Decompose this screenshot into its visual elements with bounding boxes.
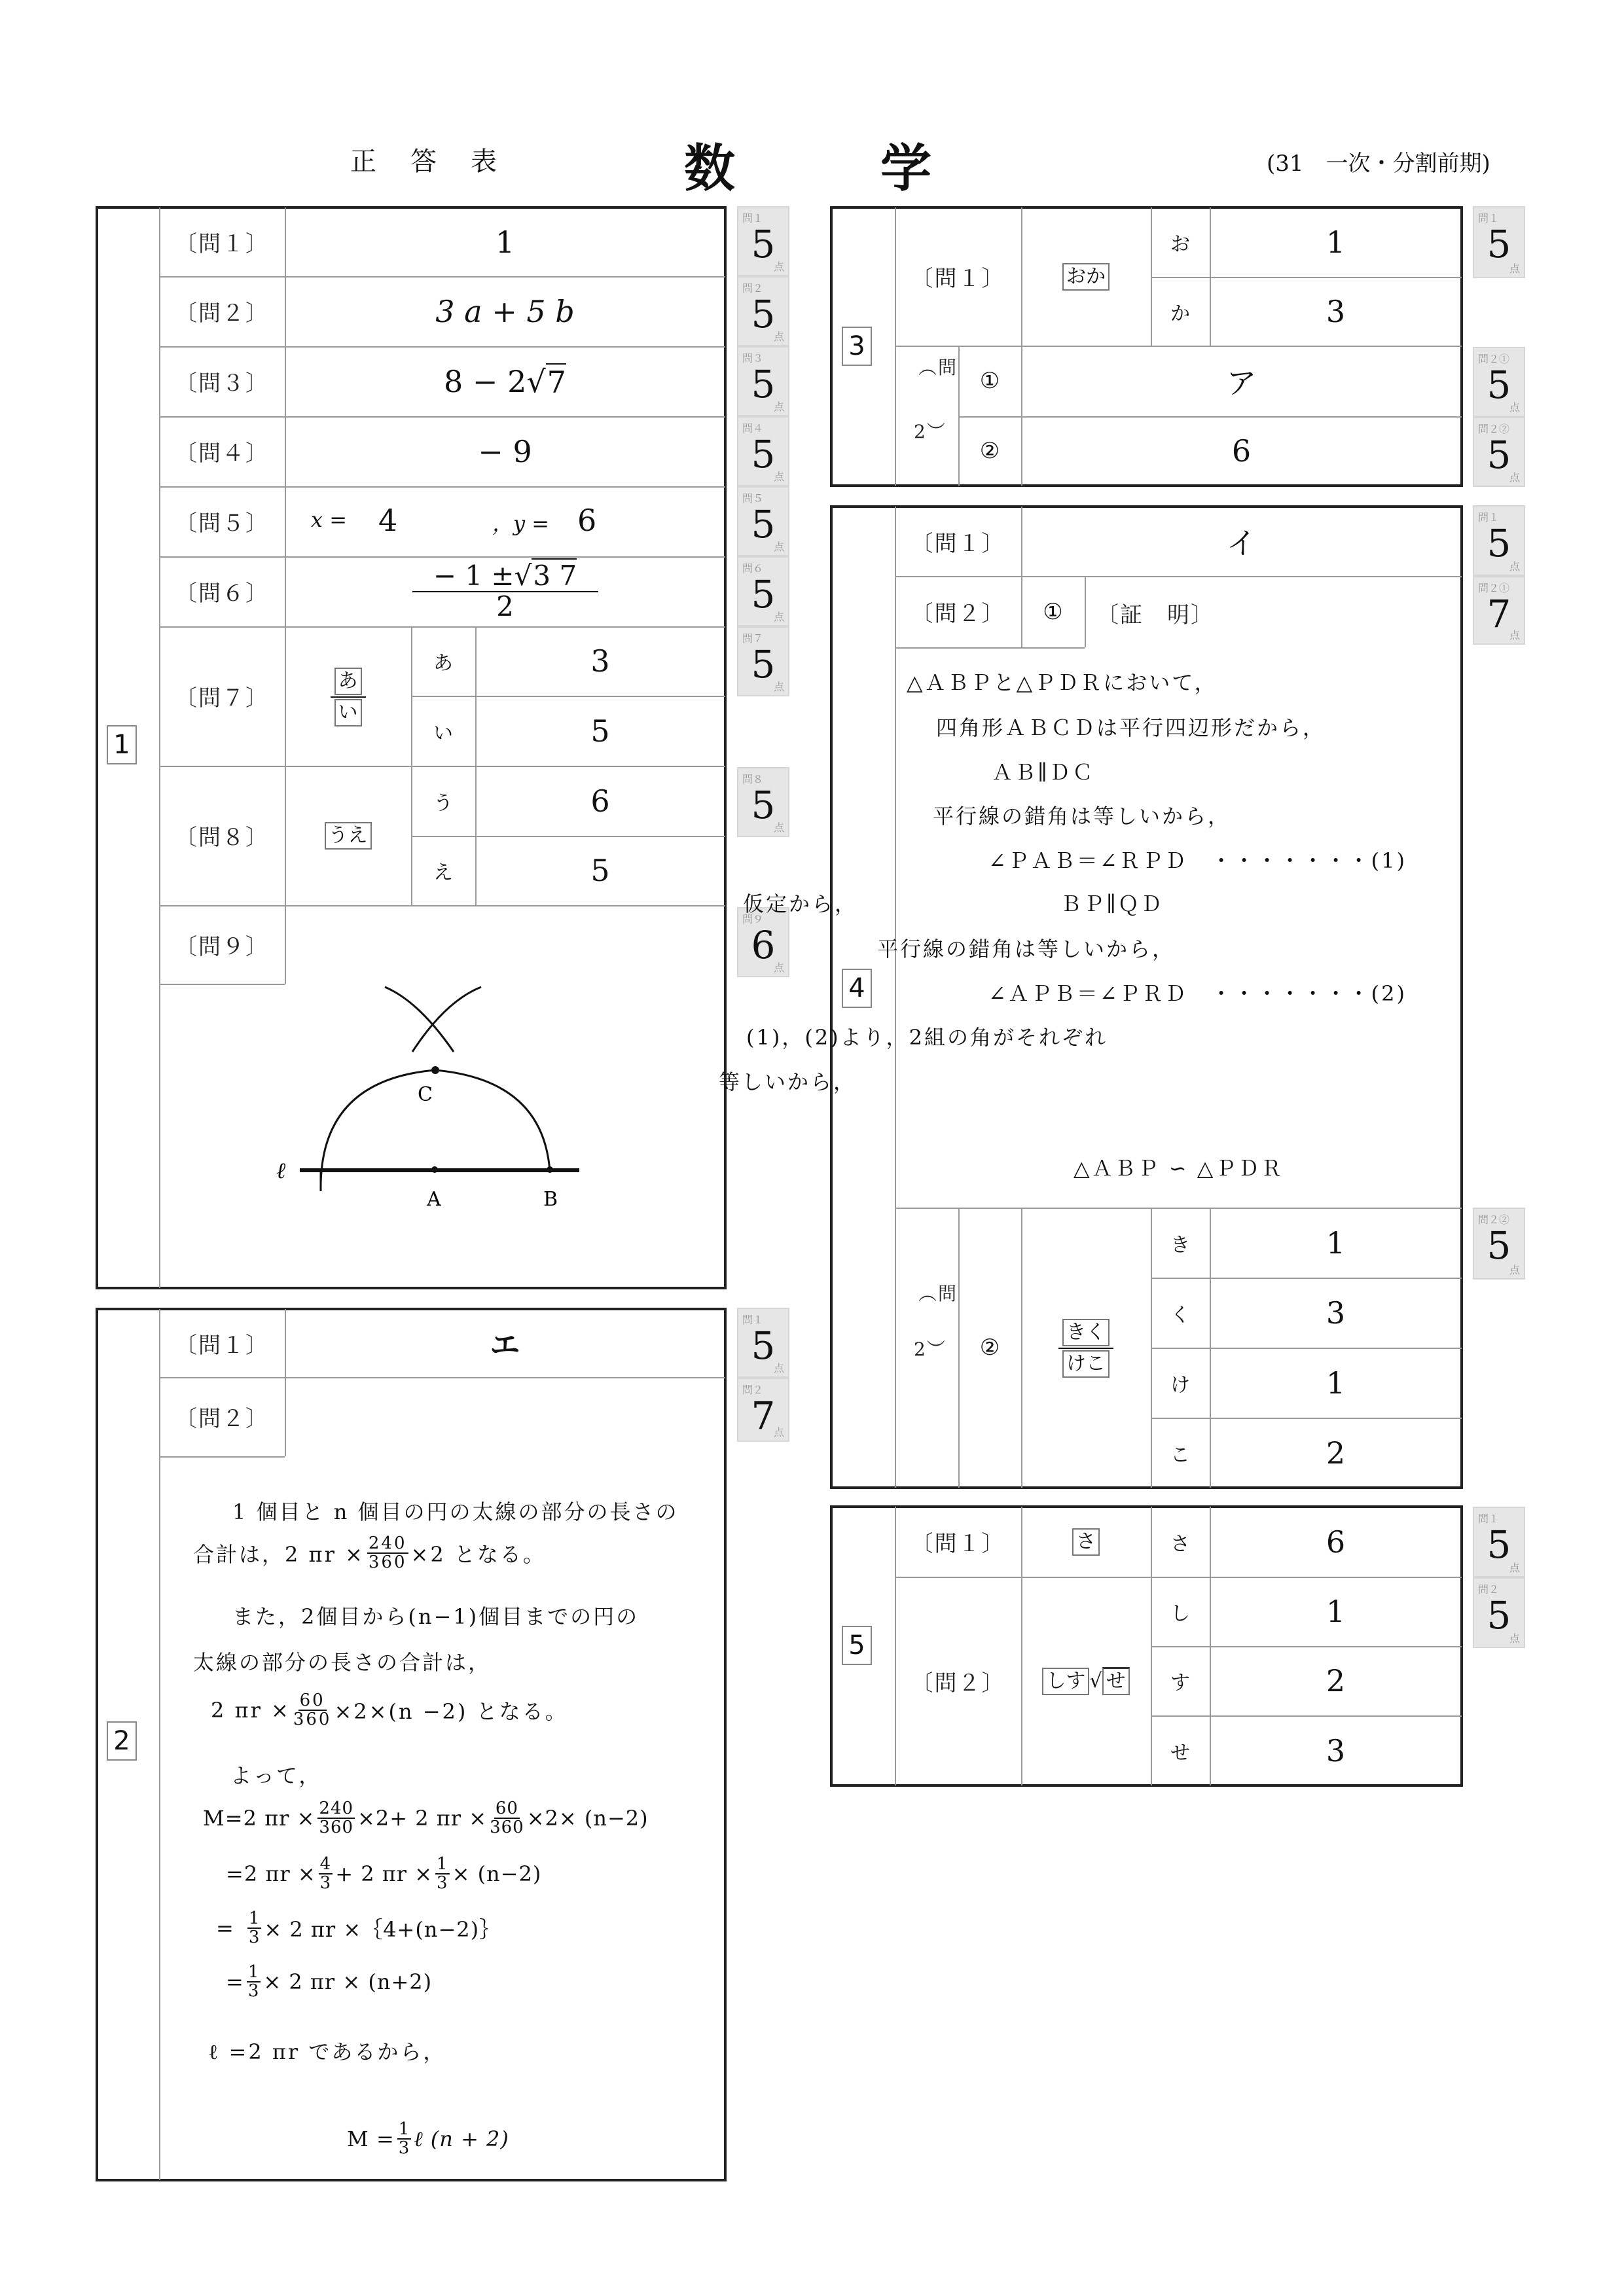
- s4-q2-2-kana-ku: く: [1151, 1278, 1210, 1348]
- subject-title-char-2: 学: [880, 128, 931, 201]
- s1-q7-box-num: あ: [334, 668, 362, 695]
- s3-q2-mark-2: ②: [958, 416, 1021, 486]
- s4-proof-line-10: (1)，(2)より，2組の角がそれぞれ: [746, 1021, 1108, 1051]
- s1-q3-radicand: 7: [546, 363, 566, 400]
- s2-q2-final-answer: M =13ℓ (n + 2): [347, 2121, 509, 2158]
- s1-q7-kana-i: い: [411, 696, 475, 766]
- s1-q2-score: 問２5点: [737, 276, 789, 346]
- s2-q2-label: 〔問２〕: [159, 1377, 285, 1456]
- s4-q2-mark-2: ②: [958, 1208, 1021, 1488]
- s4-q1-answer: イ: [1021, 507, 1462, 576]
- s1-q5-y-value: 6: [577, 503, 596, 538]
- s1-q8-value-u: 6: [475, 766, 725, 836]
- s1-q1-score: 問１5点: [737, 206, 789, 276]
- s2-q2-line-6: よって，: [230, 1759, 321, 1789]
- s3-q1-answer-format: おか: [1021, 207, 1151, 346]
- s2-q1-answer: エ: [285, 1309, 725, 1377]
- s5-q1-answer-format: さ: [1021, 1507, 1151, 1577]
- s4-proof-line-6: 仮定から，: [743, 888, 857, 918]
- s3-q1-value-ka: 3: [1210, 277, 1462, 346]
- s1-q7-label: 〔問７〕: [159, 626, 285, 766]
- s1-q5-x-value: 4: [378, 503, 397, 538]
- s1-q6-denominator: 2: [496, 592, 514, 621]
- s2-q2-line-1: 1 個目と n 個目の円の太線の部分の長さの: [232, 1496, 679, 1526]
- s1-q3-score: 問３5点: [737, 346, 789, 416]
- s3-q2-label-top: ︵問: [918, 353, 958, 380]
- point-a-label: A: [426, 1188, 441, 1211]
- s4-q2-2-value-ko: 2: [1210, 1418, 1462, 1488]
- s1-q8-label: 〔問８〕: [159, 766, 285, 905]
- s2-q1-score: 問１5点: [737, 1308, 789, 1378]
- s4-q1-label: 〔問１〕: [895, 507, 1021, 576]
- s2-q2-line-8: =2 πr ×43+ 2 πr ×13× (n−2): [226, 1856, 541, 1893]
- section-4-number: 4: [842, 969, 872, 1008]
- s3-q1-value-o: 1: [1210, 207, 1462, 277]
- s5-q2-label: 〔問２〕: [895, 1577, 1021, 1785]
- point-b-label: B: [543, 1188, 558, 1211]
- s4-q1-score: 問１5点: [1473, 505, 1525, 576]
- s4-q2-2-kana-ke: け: [1151, 1348, 1210, 1418]
- s1-q4-label: 〔問４〕: [159, 416, 285, 486]
- s1-q4-answer: − 9: [285, 416, 725, 486]
- s4-q2-2-answer-format: きくけこ: [1021, 1208, 1151, 1488]
- s5-q1-kana-sa: さ: [1151, 1507, 1210, 1577]
- s4-proof-line-11: 等しいから，: [719, 1066, 856, 1096]
- s1-q3-answer-prefix: 8 − 2: [444, 364, 526, 399]
- s4-proof-line-9: ∠ＡＰＢ＝∠ＰＲＤ ・・・・・・・(2): [988, 977, 1407, 1007]
- line-l-label: ℓ: [276, 1158, 285, 1184]
- s1-q7-kana-a: あ: [411, 626, 475, 696]
- s4-proof-line-4: 平行線の錯角は等しいから，: [933, 800, 1231, 830]
- s1-q8-score: 問８5点: [737, 767, 789, 837]
- s4-q2-1-score: 問２①7点: [1473, 576, 1525, 645]
- s5-q2-kana-su: す: [1151, 1646, 1210, 1715]
- s4-q2-label: 〔問２〕: [895, 576, 1021, 647]
- s4-proof-line-1: △ＡＢＰと△ＰＤＲにおいて，: [907, 666, 1218, 696]
- s3-q1-kana-ka: か: [1151, 277, 1210, 346]
- exam-info: (31 一次・分割前期): [1267, 145, 1490, 177]
- s1-q7-box-den: い: [334, 699, 362, 726]
- s5-q2-value-shi: 1: [1210, 1577, 1462, 1646]
- s5-q2-answer-format: しす√せ: [1021, 1577, 1151, 1785]
- s1-q8-value-e: 5: [475, 836, 725, 905]
- s2-q2-line-3: また，2個目から(n−1)個目までの円の: [232, 1600, 639, 1630]
- s4-proof-heading: 〔証 明〕: [1096, 597, 1214, 629]
- s2-q1-label: 〔問１〕: [159, 1309, 285, 1377]
- s5-q1-score: 問１5点: [1473, 1507, 1525, 1577]
- s2-q2-line-9: =13× 2 πr ×｛4+(n−2)｝: [216, 1910, 501, 1947]
- s1-q5-label: 〔問５〕: [159, 486, 285, 556]
- s1-q2-label: 〔問２〕: [159, 276, 285, 346]
- s3-q1-label: 〔問１〕: [895, 207, 1021, 346]
- s1-q9-label: 〔問９〕: [159, 905, 285, 984]
- s3-q2-2-score: 問２②5点: [1473, 417, 1525, 487]
- s4-proof-line-5: ∠ＰＡＢ＝∠ＲＰＤ ・・・・・・・(1): [988, 844, 1407, 874]
- s2-q2-line-5: 2 πr ×60360×2×(n −2) となる。: [211, 1692, 568, 1729]
- s1-q7-value-a: 3: [475, 626, 725, 696]
- s4-proof-line-8: 平行線の錯角は等しいから，: [877, 933, 1175, 963]
- s4-q2-2-score: 問２②5点: [1473, 1208, 1525, 1280]
- s1-q5-x-label: x =: [311, 507, 347, 532]
- s1-q3-label: 〔問３〕: [159, 346, 285, 416]
- s5-q1-label: 〔問１〕: [895, 1507, 1021, 1577]
- s1-q8-kana-e: え: [411, 836, 475, 905]
- s4-proof-line-7: ＢＰ∥ＱＤ: [1060, 888, 1164, 918]
- s1-q6-answer: − 1 ±√3 72: [285, 556, 725, 626]
- s4-q2-2-kana-ki: き: [1151, 1208, 1210, 1278]
- s1-q9-construction-figure: C A B ℓ: [249, 975, 615, 1237]
- s5-q2-kana-shi: し: [1151, 1577, 1210, 1646]
- point-c-label: C: [418, 1083, 433, 1106]
- s5-q2-value-su: 2: [1210, 1646, 1462, 1715]
- s4-q2-mark-1: ①: [1021, 576, 1085, 647]
- s2-q2-line-11: ℓ =2 πr であるから，: [208, 2036, 446, 2066]
- s1-q7-answer-format: あい: [285, 626, 411, 766]
- s1-q8-kana-u: う: [411, 766, 475, 836]
- answer-key-label: 正 答 表: [350, 141, 501, 178]
- s4-q2-2-kana-ko: こ: [1151, 1418, 1210, 1488]
- s2-q2-score: 問２7点: [737, 1378, 789, 1442]
- s4-q2-2-label-bottom: 2︶: [914, 1335, 947, 1361]
- s1-q6-radicand: 3 7: [532, 558, 577, 592]
- s3-q1-score: 問１5点: [1473, 206, 1525, 278]
- s3-q2-2-answer: 6: [1021, 416, 1462, 486]
- s3-q2-1-score: 問２①5点: [1473, 347, 1525, 417]
- s4-proof-conclusion: △ＡＢＰ ∽ △ＰＤＲ: [1074, 1152, 1284, 1182]
- s1-q6-num-prefix: − 1 ±: [433, 560, 514, 592]
- s1-q6-score: 問６5点: [737, 556, 789, 626]
- s5-q2-kana-se: せ: [1151, 1715, 1210, 1785]
- s1-q6-label: 〔問６〕: [159, 556, 285, 626]
- subject-title-char-1: 数: [684, 128, 735, 201]
- section-1-number: 1: [107, 725, 137, 764]
- s4-q2-2-value-ku: 3: [1210, 1278, 1462, 1348]
- s1-q9-score: 問９6点: [737, 907, 789, 977]
- s4-proof-line-3: ＡＢ∥ＤＣ: [992, 756, 1095, 786]
- section-3-number: 3: [842, 327, 872, 366]
- s3-q1-kana-o: お: [1151, 207, 1210, 277]
- s3-q2-1-answer: ア: [1021, 346, 1462, 416]
- s4-q2-2-label-top: ︵問: [918, 1280, 958, 1306]
- s1-q3-answer: 8 − 2√7: [285, 346, 725, 416]
- s1-q8-answer-format: うえ: [285, 766, 411, 905]
- s4-proof-line-2: 四角形ＡＢＣＤは平行四辺形だから，: [936, 711, 1326, 742]
- s1-q4-score: 問４5点: [737, 416, 789, 486]
- s2-q2-line-7: M=2 πr ×240360×2+ 2 πr ×60360×2× (n−2): [203, 1800, 649, 1837]
- s2-q2-line-10: =13× 2 πr × (n+2): [226, 1964, 432, 2001]
- s1-q7-value-i: 5: [475, 696, 725, 766]
- s1-q7-score: 問７5点: [737, 626, 789, 696]
- s2-q2-line-4: 太線の部分の長さの合計は，: [193, 1646, 491, 1676]
- section-5-number: 5: [842, 1626, 872, 1665]
- s1-q1-answer: 1: [285, 207, 725, 276]
- section-2-number: 2: [107, 1721, 137, 1761]
- s5-q2-value-se: 3: [1210, 1715, 1462, 1785]
- s1-q1-label: 〔問１〕: [159, 207, 285, 276]
- s3-q2-label-bottom: 2︶: [914, 418, 947, 444]
- s1-q5-y-label: ，y =: [492, 507, 549, 537]
- s1-q2-answer: 3 a + 5 b: [285, 276, 725, 346]
- s4-q2-2-value-ke: 1: [1210, 1348, 1462, 1418]
- s5-q2-score: 問２5点: [1473, 1577, 1525, 1648]
- s1-q8-box: うえ: [325, 822, 372, 850]
- s1-q5-score: 問５5点: [737, 486, 789, 556]
- s2-q2-line-2: 合計は，2 πr ×240360×2 となる。: [193, 1535, 546, 1572]
- s5-q1-value-sa: 6: [1210, 1507, 1462, 1577]
- s4-q2-2-value-ki: 1: [1210, 1208, 1462, 1278]
- s3-q2-mark-1: ①: [958, 346, 1021, 416]
